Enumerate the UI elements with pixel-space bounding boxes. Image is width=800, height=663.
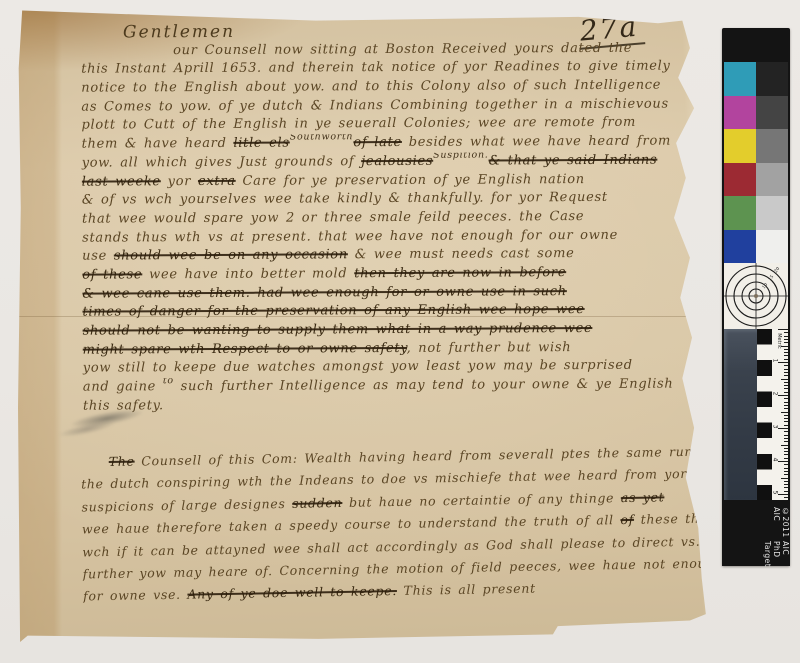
metric-ruler: Metric 12345 bbox=[772, 329, 788, 500]
ruler-tick bbox=[784, 339, 788, 340]
struck-text: litle els bbox=[233, 136, 289, 151]
ruler-tick bbox=[781, 445, 788, 446]
struck-text: sudden bbox=[292, 495, 342, 511]
manuscript-text: suspicions of large designes bbox=[81, 496, 292, 515]
ruler-tick bbox=[784, 359, 788, 360]
ruler-tick bbox=[781, 346, 788, 347]
ruler-number: 1 bbox=[772, 359, 778, 363]
struck-text: last weeke bbox=[82, 174, 161, 189]
patch-row bbox=[724, 62, 788, 96]
manuscript-text: & of vs wch yourselves wee take kindly &… bbox=[82, 190, 608, 208]
struck-text: of these bbox=[82, 267, 142, 282]
struck-text: should wee be on any occasion bbox=[114, 248, 348, 264]
ruler-tick bbox=[784, 369, 788, 370]
ruler-tick bbox=[784, 372, 788, 373]
ruler-tick bbox=[784, 385, 788, 386]
ruler-number: 2 bbox=[772, 392, 778, 396]
manuscript-text: Gentlemen bbox=[123, 22, 235, 42]
struck-text: & wee cane use them. had wee enough for … bbox=[82, 284, 567, 302]
ruler-tick bbox=[784, 438, 788, 439]
ruler-number: 4 bbox=[772, 458, 778, 462]
grayscale-patch bbox=[756, 230, 788, 264]
interlined-text: to bbox=[163, 375, 174, 391]
patch-row bbox=[724, 230, 788, 264]
manuscript-text: but haue no certaintie of any thinge bbox=[342, 490, 621, 510]
manuscript-line: this safety. bbox=[83, 394, 713, 416]
manuscript-block-2: The Counsell of this Com: Wealth having … bbox=[81, 441, 714, 622]
ruler-tick bbox=[784, 471, 788, 472]
manuscript-text: notice to the English about yow. and to … bbox=[81, 78, 661, 96]
grayscale-patch bbox=[756, 196, 788, 230]
color-calibration-target: 10 15 20 Metric 12345 ©2011 AIC AIC PhD … bbox=[722, 28, 790, 566]
ruler-tick bbox=[778, 461, 788, 462]
struck-text: extra bbox=[198, 173, 236, 188]
grayscale-patch bbox=[756, 96, 788, 130]
color-patch bbox=[724, 230, 756, 264]
ruler-tick bbox=[778, 362, 788, 363]
ruler-tick bbox=[784, 425, 788, 426]
color-patch bbox=[724, 62, 756, 96]
patch-row bbox=[724, 96, 788, 130]
grayscale-patch bbox=[756, 129, 788, 163]
grayscale-patch bbox=[756, 163, 788, 197]
ruler-tick bbox=[784, 474, 788, 475]
ruler-tick bbox=[784, 487, 788, 488]
ruler-tick bbox=[784, 481, 788, 482]
struck-text: might spare wth Respect to or owne safet… bbox=[83, 341, 407, 358]
struck-text: should not be wanting to supply them wha… bbox=[83, 321, 593, 339]
manuscript-page: 27a Gentlemenour Counsell now sitting at… bbox=[18, 8, 710, 642]
interlined-text: Suspition. bbox=[433, 151, 488, 165]
ruler-tick bbox=[784, 349, 788, 350]
struck-text: as yet bbox=[621, 489, 665, 505]
ruler-tick bbox=[784, 352, 788, 353]
struck-text: then they are now in before bbox=[354, 265, 566, 281]
checker-column bbox=[757, 329, 772, 500]
bullseye-registration-target: 10 15 20 bbox=[724, 263, 788, 329]
manuscript-text: besides what wee have heard from bbox=[402, 134, 671, 150]
ruler-tick bbox=[784, 484, 788, 485]
ruler-tick bbox=[784, 435, 788, 436]
ruler-tick bbox=[784, 454, 788, 455]
manuscript-line: stands thus wth vs at present. that wee … bbox=[82, 226, 712, 248]
interlined-text: Southworth bbox=[290, 132, 354, 147]
ruler-tick bbox=[778, 428, 788, 429]
patch-row bbox=[724, 129, 788, 163]
manuscript-text: stands thus wth vs at present. that wee … bbox=[82, 227, 618, 245]
ruler-tick bbox=[784, 464, 788, 465]
manuscript-text: This is all present bbox=[397, 581, 536, 598]
ruler-tick bbox=[784, 491, 788, 492]
color-patch-grid bbox=[724, 62, 788, 263]
grayscale-patch bbox=[756, 62, 788, 96]
manuscript-text: and gaine bbox=[83, 379, 163, 394]
ruler-tick bbox=[784, 408, 788, 409]
ruler-tick bbox=[784, 382, 788, 383]
ruler-tick bbox=[784, 421, 788, 422]
manuscript-text: & wee must needs cast some bbox=[348, 246, 575, 262]
manuscript-text: plott to Cutt of the English in ye seuer… bbox=[81, 115, 636, 133]
manuscript-text: as Comes to yow. of ye dutch & Indians C… bbox=[81, 96, 669, 114]
ruler-tick bbox=[784, 342, 788, 343]
ruler-section: Metric 12345 bbox=[724, 329, 788, 500]
target-title: AIC PhD Target bbox=[722, 541, 790, 567]
manuscript-text: wee have into better mold bbox=[142, 266, 354, 282]
ruler-tick bbox=[784, 415, 788, 416]
ruler-tick bbox=[784, 451, 788, 452]
ruler-tick bbox=[778, 395, 788, 396]
target-copyright: ©2011 AIC bbox=[722, 507, 790, 538]
ruler-tick bbox=[781, 412, 788, 413]
manuscript-line: and gaine to such further Intelligence a… bbox=[83, 375, 713, 397]
ruler-tick bbox=[778, 494, 788, 495]
bullseye-graphic: 10 15 20 bbox=[724, 263, 788, 329]
struck-text: jealousies bbox=[361, 154, 433, 169]
manuscript-text: that wee would spare yow 2 or three smal… bbox=[82, 209, 584, 227]
color-patch bbox=[724, 163, 756, 197]
slate-reference-patch bbox=[724, 329, 757, 500]
manuscript-text: such further Intelligence as may tend to… bbox=[174, 377, 674, 395]
manuscript-text: , not further but wish bbox=[407, 340, 572, 356]
manuscript-text: yow still to keepe due watches amongst y… bbox=[83, 358, 633, 376]
manuscript-text: our Counsell now sitting at Boston Recei… bbox=[173, 40, 632, 57]
ruler-number: 5 bbox=[772, 491, 778, 495]
ruler-tick bbox=[784, 405, 788, 406]
manuscript-text: yor bbox=[161, 174, 198, 189]
patch-row bbox=[724, 196, 788, 230]
struck-text: & that ye said Indians bbox=[489, 152, 658, 168]
ruler-tick bbox=[784, 336, 788, 337]
manuscript-block-1: Gentlemenour Counsell now sitting at Bos… bbox=[81, 20, 713, 427]
ruler-tick bbox=[784, 388, 788, 389]
struck-text: Any of ye doe well to keepe. bbox=[187, 583, 397, 602]
patch-row bbox=[724, 163, 788, 197]
color-patch bbox=[724, 96, 756, 130]
ruler-tick bbox=[781, 478, 788, 479]
manuscript-text: this Instant Aprill 1653. and therein ta… bbox=[81, 59, 670, 77]
ruler-tick bbox=[784, 402, 788, 403]
ruler-tick bbox=[784, 418, 788, 419]
struck-text: of bbox=[620, 512, 634, 527]
manuscript-text: Care for ye preservation of ye English n… bbox=[236, 172, 585, 189]
ruler-tick bbox=[784, 332, 788, 333]
manuscript-text: yow. all which gives Just grounds of bbox=[82, 154, 362, 170]
manuscript-text: them & have heard bbox=[82, 136, 234, 152]
ruler-tick bbox=[784, 468, 788, 469]
manuscript-text: for owne vse. bbox=[83, 587, 188, 604]
color-patch bbox=[724, 196, 756, 230]
bullseye-label: 15 bbox=[767, 274, 775, 282]
target-footer: ©2011 AIC AIC PhD Target bbox=[722, 500, 790, 566]
ruler-tick bbox=[784, 431, 788, 432]
ruler-tick bbox=[784, 355, 788, 356]
ruler-tick bbox=[784, 375, 788, 376]
ruler-tick bbox=[784, 392, 788, 393]
ruler-tick bbox=[784, 448, 788, 449]
manuscript-text: these things bbox=[634, 510, 712, 527]
manuscript-text: use bbox=[82, 249, 114, 264]
manuscript-line: yow. all which gives Just grounds of jea… bbox=[82, 151, 712, 173]
ruler-tick bbox=[784, 365, 788, 366]
ruler-tick bbox=[778, 329, 788, 330]
struck-text: times of danger for the preservation of … bbox=[82, 302, 584, 320]
ruler-tick bbox=[784, 441, 788, 442]
ruler-number: 3 bbox=[772, 425, 778, 429]
struck-text: The bbox=[109, 454, 135, 469]
ruler-tick bbox=[781, 379, 788, 380]
color-patch bbox=[724, 129, 756, 163]
ruler-tick bbox=[784, 497, 788, 498]
struck-text: of late bbox=[353, 135, 402, 150]
bullseye-label: 20 bbox=[773, 266, 781, 274]
ruler-tick bbox=[784, 458, 788, 459]
ruler-tick bbox=[784, 398, 788, 399]
